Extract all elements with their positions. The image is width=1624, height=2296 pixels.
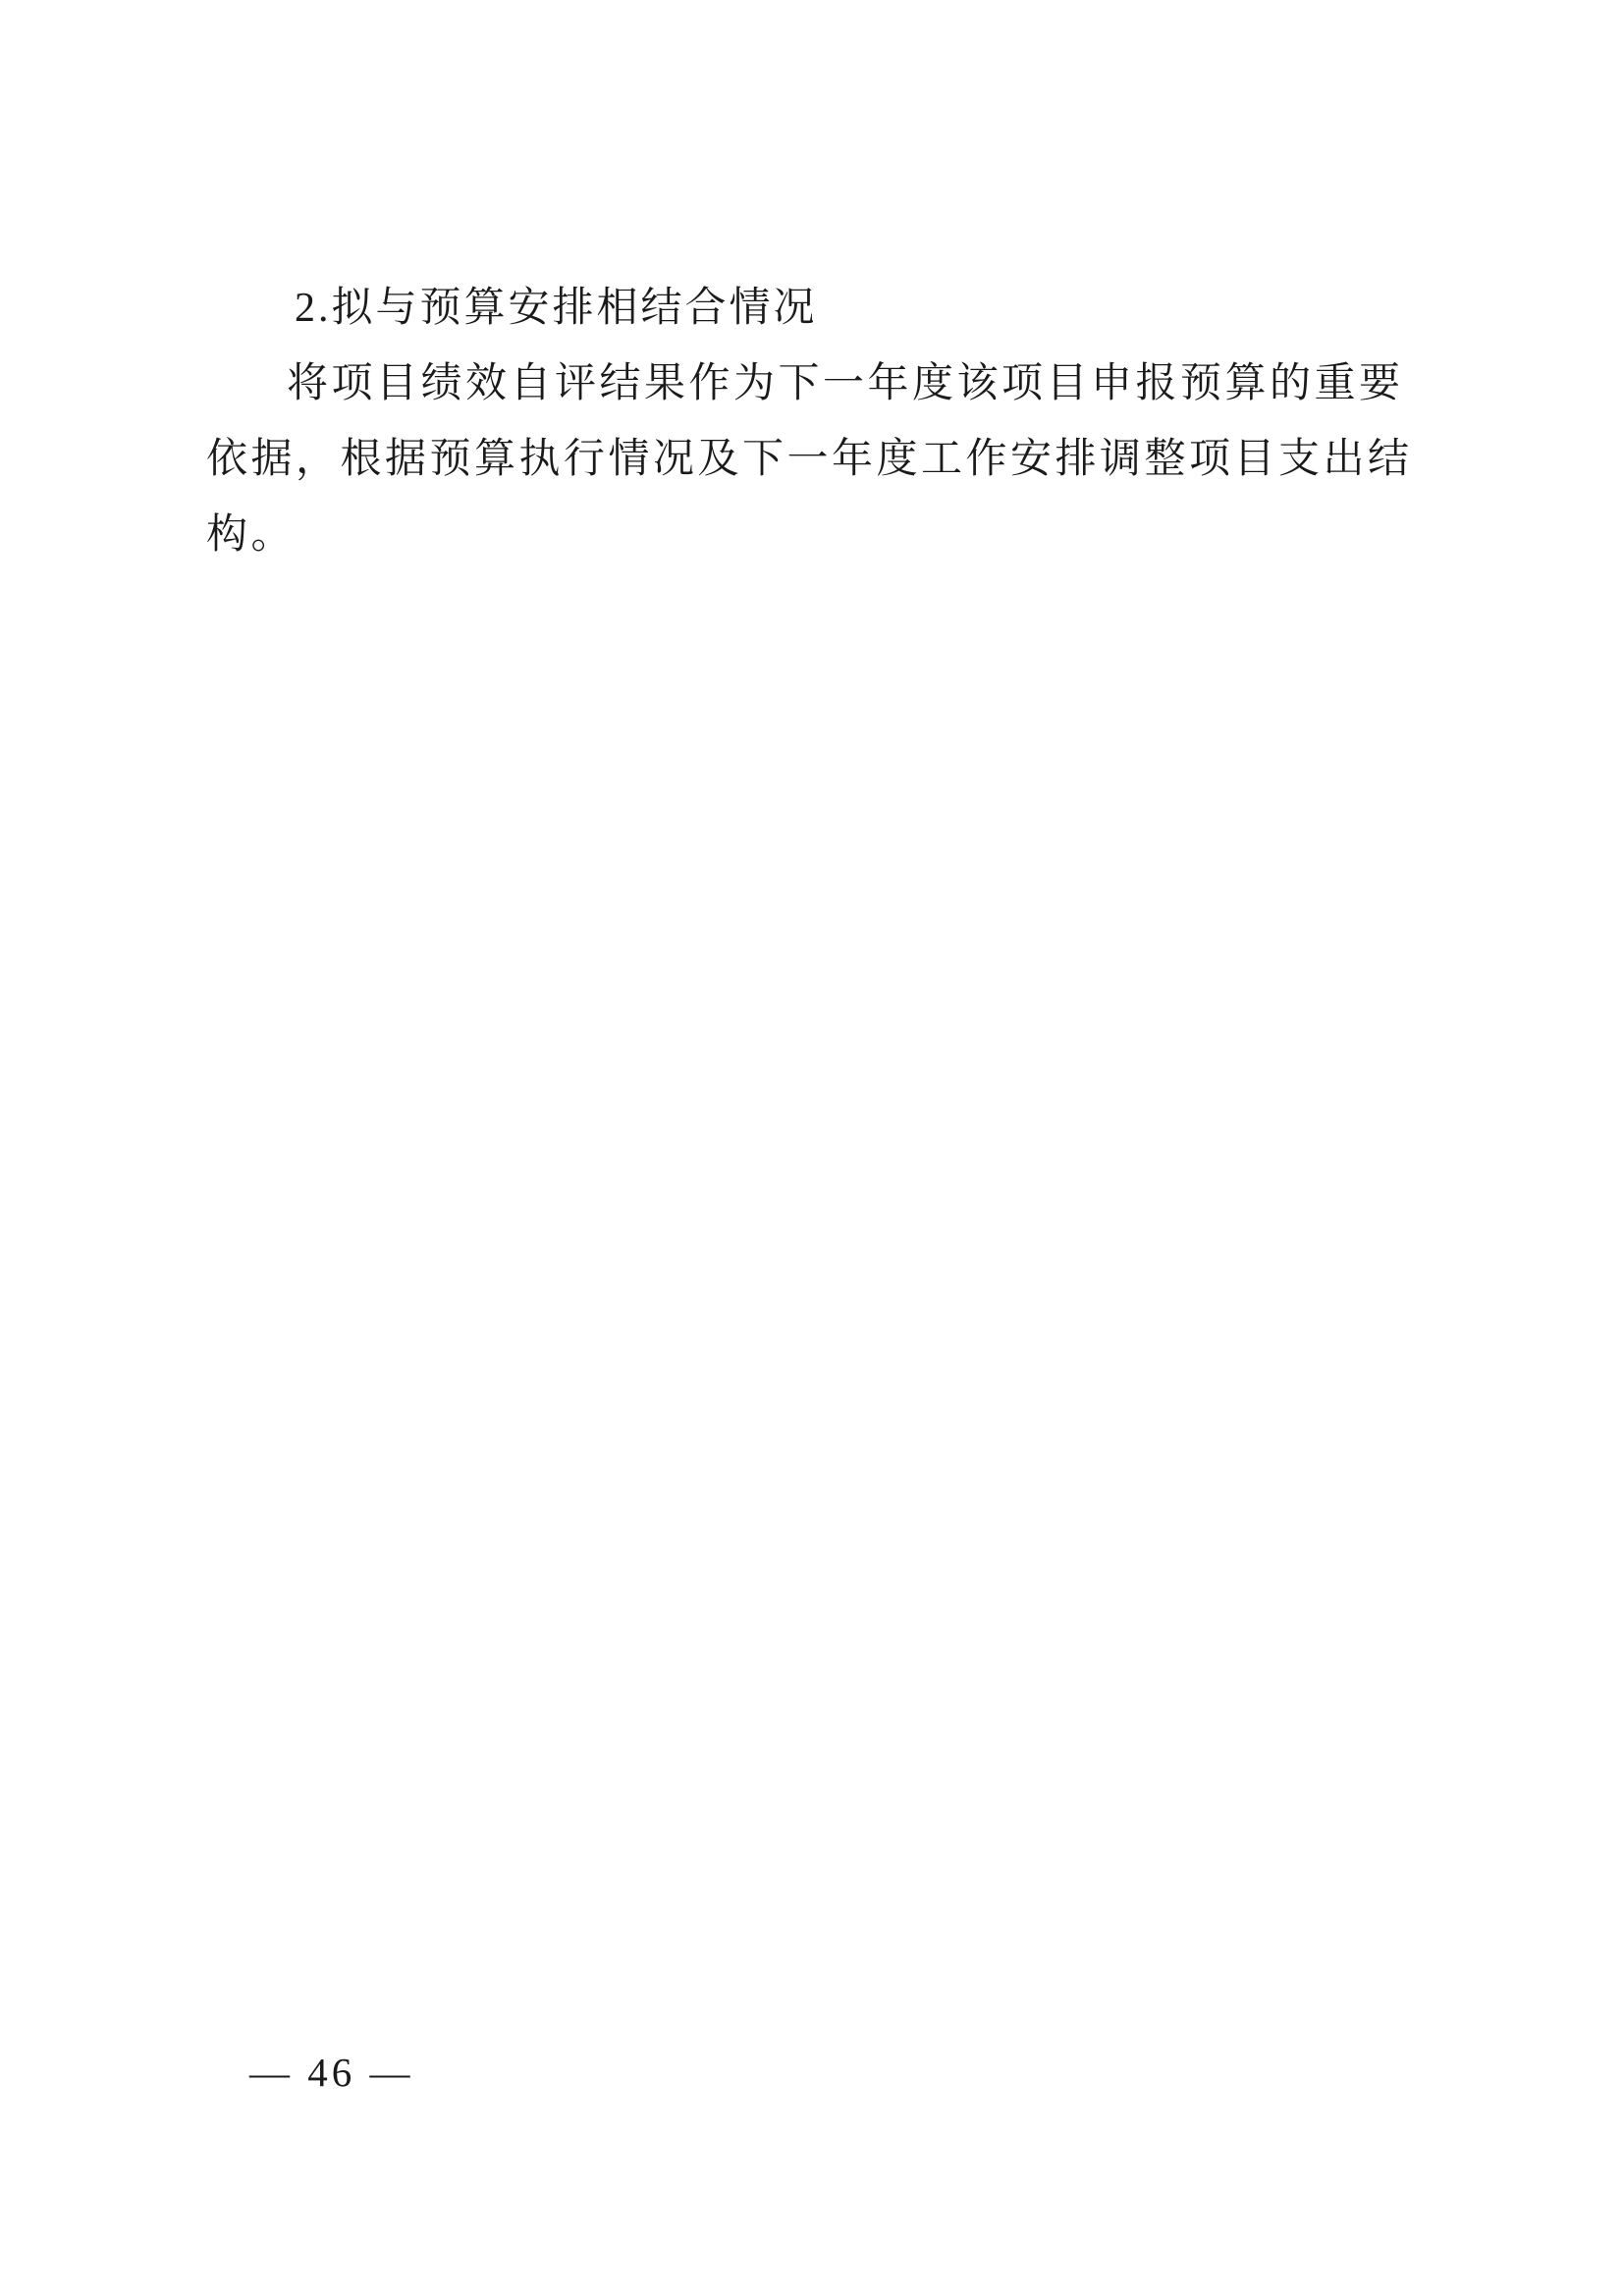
page-number: — 46 — xyxy=(249,2048,414,2097)
document-page: 2.拟与预算安排相结合情况 将项目绩效自评结果作为下一年度该项目申报预算的重要 … xyxy=(0,0,1624,2296)
document-body: 2.拟与预算安排相结合情况 将项目绩效自评结果作为下一年度该项目申报预算的重要 … xyxy=(206,271,1412,573)
section-heading: 2.拟与预算安排相结合情况 xyxy=(206,271,1412,347)
paragraph-line: 依据，根据预算执行情况及下一年度工作安排调整项目支出结 xyxy=(206,422,1412,498)
paragraph-line: 构。 xyxy=(206,498,1412,573)
paragraph-line: 将项目绩效自评结果作为下一年度该项目申报预算的重要 xyxy=(206,347,1412,422)
